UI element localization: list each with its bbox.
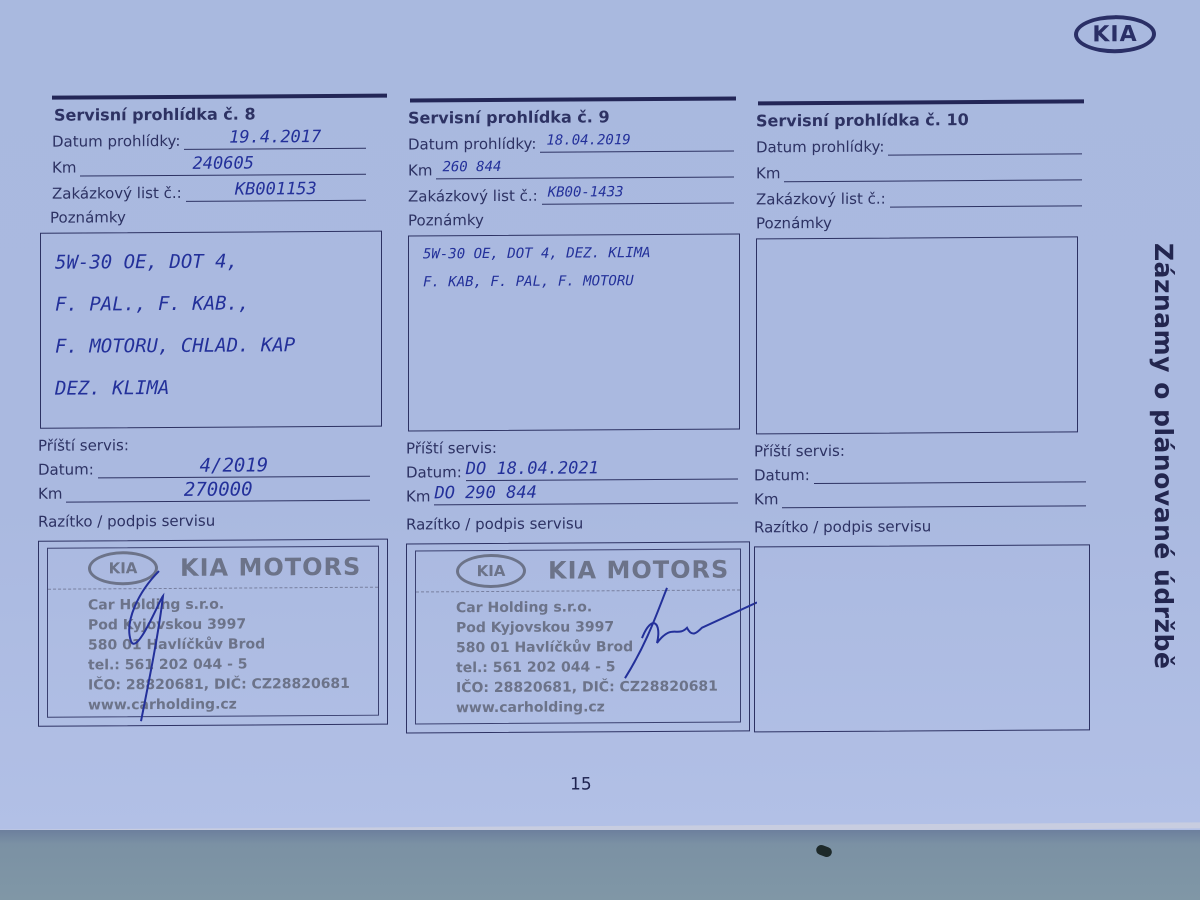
next-service-label: Příští servis: <box>38 435 378 455</box>
next-date-label: Datum: <box>38 460 98 478</box>
stamp-line: tel.: 561 202 044 - 5 <box>456 656 740 678</box>
notes-label: Poznámky <box>756 212 1094 232</box>
km-label: Km <box>52 159 80 177</box>
next-date-value <box>814 461 1086 484</box>
km-value: 260 844 <box>436 157 734 180</box>
inspection-date-field: Datum prohlídky: <box>756 128 1094 156</box>
next-km-field: Km 270000 <box>38 477 378 503</box>
next-km-label: Km <box>406 487 434 505</box>
stamp-box <box>754 544 1090 732</box>
divider <box>52 94 387 100</box>
inspection-date-value <box>888 133 1082 155</box>
inspection-title: Servisní prohlídka č. 8 <box>54 104 378 125</box>
order-sheet-field: Zakázkový list č.: KB00-1433 <box>408 177 746 205</box>
order-sheet-label: Zakázkový list č.: <box>756 190 890 209</box>
order-sheet-value <box>890 185 1082 207</box>
inspection-10: Servisní prohlídka č. 10 Datum prohlídky… <box>754 99 1094 732</box>
stamp-line: IČO: 28820681, DIČ: CZ28820681 <box>456 676 740 698</box>
next-km-field: Km <box>754 482 1094 508</box>
stamp-brand: KIA MOTORS <box>548 556 729 585</box>
next-date-field: Datum: <box>754 458 1094 484</box>
dealer-stamp: KIA KIA MOTORS Car Holding s.r.o. Pod Ky… <box>415 548 741 724</box>
notes-line: F. MOTORU, CHLAD. KAP <box>55 324 367 368</box>
stamp-signature-label: Razítko / podpis servisu <box>406 513 746 533</box>
km-field: Km 240605 <box>52 149 378 177</box>
next-km-field: Km DO 290 844 <box>406 479 746 505</box>
next-service-label: Příští servis: <box>754 440 1094 460</box>
stamp-line: IČO: 28820681, DIČ: CZ28820681 <box>88 674 378 696</box>
kia-logo: KIA <box>1074 15 1156 54</box>
notes-box: 5W-30 OE, DOT 4, F. PAL., F. KAB., F. MO… <box>40 231 382 429</box>
notes-line: 5W-30 OE, DOT 4, DEZ. KLIMA <box>423 239 725 269</box>
km-value <box>784 159 1082 182</box>
stamp-signature-label: Razítko / podpis servisu <box>754 516 1094 536</box>
inspection-date-label: Datum prohlídky: <box>408 135 540 154</box>
page-number: 15 <box>570 774 592 794</box>
inspection-date-field: Datum prohlídky: 19.4.2017 <box>52 123 378 151</box>
notes-line: 5W-30 OE, DOT 4, <box>55 240 367 284</box>
order-sheet-field: Zakázkový list č.: <box>756 180 1094 208</box>
divider <box>410 97 736 103</box>
notes-label: Poznámky <box>408 209 746 229</box>
next-service-label: Příští servis: <box>406 437 746 457</box>
order-sheet-value: KB00-1433 <box>542 183 734 205</box>
next-date-label: Datum: <box>754 466 814 484</box>
next-date-field: Datum: 4/2019 <box>38 453 378 479</box>
notes-label: Poznámky <box>50 207 378 227</box>
next-km-label: Km <box>38 485 66 503</box>
stamp-line: www.carholding.cz <box>88 694 378 716</box>
km-value: 240605 <box>80 154 366 177</box>
km-label: Km <box>756 164 784 182</box>
stamp-line: 580 01 Havlíčkův Brod <box>456 636 740 658</box>
stamp-line: Pod Kyjovskou 3997 <box>456 616 740 638</box>
inspection-date-field: Datum prohlídky: 18.04.2019 <box>408 125 746 153</box>
stamp-box: KIA KIA MOTORS Car Holding s.r.o. Pod Ky… <box>38 539 388 727</box>
inspection-date-value: 18.04.2019 <box>540 131 734 153</box>
section-title: Záznamy o plánované údržbě <box>1138 243 1178 763</box>
inspection-date-value: 19.4.2017 <box>184 128 366 150</box>
stamp-signature-label: Razítko / podpis servisu <box>38 511 378 531</box>
notes-line: F. KAB, F. PAL, F. MOTORU <box>423 267 725 297</box>
next-date-value: 4/2019 <box>98 456 370 479</box>
notes-line: F. PAL., F. KAB., <box>55 282 367 326</box>
table-surface <box>0 830 1200 900</box>
stamp-kia-logo: KIA <box>88 551 158 585</box>
notes-box <box>756 236 1078 434</box>
next-km-value: DO 290 844 <box>434 482 738 505</box>
stamp-line: tel.: 561 202 044 - 5 <box>88 654 378 676</box>
stamp-line: Car Holding s.r.o. <box>456 596 740 618</box>
order-sheet-field: Zakázkový list č.: KB001153 <box>52 175 378 203</box>
next-date-value: DO 18.04.2021 <box>466 458 738 481</box>
next-km-label: Km <box>754 490 782 508</box>
km-field: Km <box>756 154 1094 182</box>
stamp-brand: KIA MOTORS <box>180 553 361 582</box>
notes-line: DEZ. KLIMA <box>55 366 367 410</box>
stamp-box: KIA KIA MOTORS Car Holding s.r.o. Pod Ky… <box>406 541 750 733</box>
next-km-value: 270000 <box>66 480 370 503</box>
stamp-line: www.carholding.cz <box>456 696 740 718</box>
inspection-date-label: Datum prohlídky: <box>52 132 184 151</box>
notes-box: 5W-30 OE, DOT 4, DEZ. KLIMA F. KAB, F. P… <box>408 233 740 431</box>
dealer-stamp: KIA KIA MOTORS Car Holding s.r.o. Pod Ky… <box>47 546 379 718</box>
order-sheet-label: Zakázkový list č.: <box>52 184 186 203</box>
inspection-title: Servisní prohlídka č. 10 <box>756 109 1094 130</box>
km-field: Km 260 844 <box>408 151 746 179</box>
inspection-8: Servisní prohlídka č. 8 Datum prohlídky:… <box>38 94 378 727</box>
order-sheet-value: KB001153 <box>186 180 366 202</box>
order-sheet-label: Zakázkový list č.: <box>408 187 542 206</box>
next-date-field: Datum: DO 18.04.2021 <box>406 455 746 481</box>
next-km-value <box>782 485 1086 508</box>
km-label: Km <box>408 161 436 179</box>
inspection-date-label: Datum prohlídky: <box>756 138 888 157</box>
divider <box>758 99 1084 105</box>
stamp-kia-logo: KIA <box>456 554 526 588</box>
next-date-label: Datum: <box>406 463 466 481</box>
service-book-page: KIA Servisní prohlídka č. 8 Datum prohlí… <box>0 0 1200 840</box>
stamp-line: Pod Kyjovskou 3997 <box>88 614 378 636</box>
stamp-line: 580 01 Havlíčkův Brod <box>88 634 378 656</box>
inspection-title: Servisní prohlídka č. 9 <box>408 106 746 127</box>
inspection-9: Servisní prohlídka č. 9 Datum prohlídky:… <box>406 96 746 733</box>
stamp-line: Car Holding s.r.o. <box>88 594 378 616</box>
